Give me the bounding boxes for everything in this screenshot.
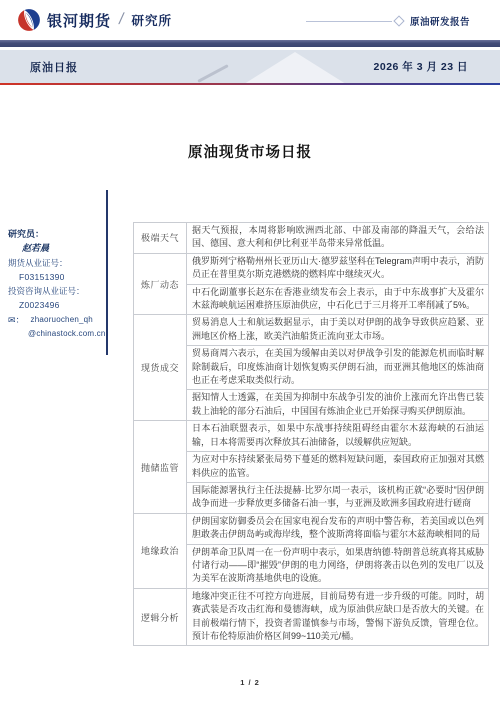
section-content: 地缘冲突正往不可控方向进展，目前局势有进一步升级的可能。同时，胡赛武装是否攻击红… xyxy=(187,588,489,646)
table-row: 据知情人士透露，在美国为抑制中东战争引发的油价上涨而允许出售已装载上油轮的部分石… xyxy=(134,390,489,421)
brand-name: 银河期货 xyxy=(47,10,111,31)
report-table-body: 极端天气据天气预报，本周将影响欧洲西北部、中部及南部的降温天气，会给法国、德国、… xyxy=(134,223,489,646)
section-content: 中石化副董事长赵东在香港业绩发布会上表示，由于中东战事扩大及霍尔木兹海峡航运困难… xyxy=(187,284,489,315)
report-type: 原油日报 xyxy=(30,59,78,75)
section-content: 俄罗斯列宁格勒州州长亚历山大·德罗兹坚科在Telegram声明中表示，消防员正在… xyxy=(187,253,489,284)
navy-strip xyxy=(0,40,500,47)
connector-line xyxy=(306,21,392,22)
header: 银河期货 / 研究所 原油研发报告 xyxy=(0,0,500,40)
section-label: 极端天气 xyxy=(134,223,187,254)
report-tag: 原油研发报告 xyxy=(410,14,470,28)
section-label: 地缘政治 xyxy=(134,513,187,588)
futures-cert-label: 期货从业证号： xyxy=(8,256,104,270)
section-content: 据知情人士透露，在美国为抑制中东战争引发的油价上涨而允许出售已装载上油轮的部分石… xyxy=(187,390,489,421)
email-suffix: @chinastock.com.cn xyxy=(8,327,104,341)
consult-cert-label: 投资咨询从业证号： xyxy=(8,284,104,298)
section-content: 为应对中东持续紧张局势下蔓延的燃料短缺问题，泰国政府正加强对其燃料供应的监管。 xyxy=(187,452,489,483)
table-row: 地缘政治伊朗国家防御委员会在国家电视台发布的声明中警告称，若美国或以色列胆敢袭击… xyxy=(134,513,489,544)
report-table: 极端天气据天气预报，本周将影响欧洲西北部、中部及南部的降温天气，会给法国、德国、… xyxy=(133,222,489,646)
brand-block: 银河期货 / 研究所 xyxy=(17,8,172,32)
table-row: 抛储监管日本石油联盟表示，如果中东战事持续阻碍经由霍尔木兹海峡的石油运输，日本将… xyxy=(134,421,489,452)
page-number: 1 / 2 xyxy=(0,678,500,687)
page-title: 原油现货市场日报 xyxy=(0,141,500,162)
futures-cert-number: F03151390 xyxy=(8,270,104,284)
section-label: 现货成交 xyxy=(134,315,187,421)
division-name: 研究所 xyxy=(131,11,172,29)
section-content: 国际能源署执行主任法提赫·比罗尔周一表示，该机构正就“必要时”因伊朗战争而进一步… xyxy=(187,482,489,513)
table-row: 逻辑分析地缘冲突正往不可控方向进展，目前局势有进一步升级的可能。同时，胡赛武装是… xyxy=(134,588,489,646)
report-date: 2026 年 3 月 23 日 xyxy=(374,59,468,74)
email-prefix: zhaoruochen_qh xyxy=(31,313,93,327)
section-label: 炼厂动态 xyxy=(134,253,187,315)
consult-cert-number: Z0023496 xyxy=(8,298,104,312)
galaxy-futures-logo-icon xyxy=(17,8,41,32)
table-row: 为应对中东持续紧张局势下蔓延的燃料短缺问题，泰国政府正加强对其燃料供应的监管。 xyxy=(134,452,489,483)
diamond-icon xyxy=(393,15,404,26)
sidebar-divider xyxy=(106,190,108,355)
table-row: 现货成交贸易消息人士和航运数据显示，由于美以对伊朗的战争导致供应趋紧、亚洲地区价… xyxy=(134,315,489,346)
brand-separator: / xyxy=(117,11,125,29)
section-content: 伊朗革命卫队周一在一份声明中表示，如果唐纳德·特朗普总统真将其威胁付诸行动——即… xyxy=(187,544,489,588)
section-content: 贸易商周六表示，在美国为缓解由美以对伊战争引发的能源危机而临时解除制裁后，印度炼… xyxy=(187,346,489,390)
researcher-name: 赵若晨 xyxy=(8,241,104,255)
researcher-label: 研究员： xyxy=(8,227,104,241)
section-label: 逻辑分析 xyxy=(134,588,187,646)
section-content: 贸易消息人士和航运数据显示，由于美以对伊朗的战争导致供应趋紧、亚洲地区价格上涨，… xyxy=(187,315,489,346)
gradient-divider xyxy=(0,83,500,85)
envelope-icon: ✉： xyxy=(8,313,25,327)
table-row: 极端天气据天气预报，本周将影响欧洲西北部、中部及南部的降温天气，会给法国、德国、… xyxy=(134,223,489,254)
researcher-sidebar: 研究员： 赵若晨 期货从业证号： F03151390 投资咨询从业证号： Z00… xyxy=(8,227,104,341)
email-row: ✉： zhaoruochen_qh xyxy=(8,313,104,327)
table-row: 国际能源署执行主任法提赫·比罗尔周一表示，该机构正就“必要时”因伊朗战争而进一步… xyxy=(134,482,489,513)
report-band: 原油日报 2026 年 3 月 23 日 xyxy=(0,50,500,83)
table-row: 中石化副董事长赵东在香港业绩发布会上表示，由于中东战事扩大及霍尔木兹海峡航运困难… xyxy=(134,284,489,315)
section-content: 据天气预报，本周将影响欧洲西北部、中部及南部的降温天气，会给法国、德国、意大利和… xyxy=(187,223,489,254)
table-row: 贸易商周六表示，在美国为缓解由美以对伊战争引发的能源危机而临时解除制裁后，印度炼… xyxy=(134,346,489,390)
report-tag-block: 原油研发报告 xyxy=(306,14,470,28)
report-page: 银河期货 / 研究所 原油研发报告 原油日报 2026 年 3 月 23 日 原… xyxy=(0,0,500,708)
table-row: 炼厂动态俄罗斯列宁格勒州州长亚历山大·德罗兹坚科在Telegram声明中表示，消… xyxy=(134,253,489,284)
section-content: 日本石油联盟表示，如果中东战事持续阻碍经由霍尔木兹海峡的石油运输，日本将需要再次… xyxy=(187,421,489,452)
table-row: 伊朗革命卫队周一在一份声明中表示，如果唐纳德·特朗普总统真将其威胁付诸行动——即… xyxy=(134,544,489,588)
section-content: 伊朗国家防御委员会在国家电视台发布的声明中警告称，若美国或以色列胆敢袭击伊朗岛屿… xyxy=(187,513,489,544)
section-label: 抛储监管 xyxy=(134,421,187,513)
